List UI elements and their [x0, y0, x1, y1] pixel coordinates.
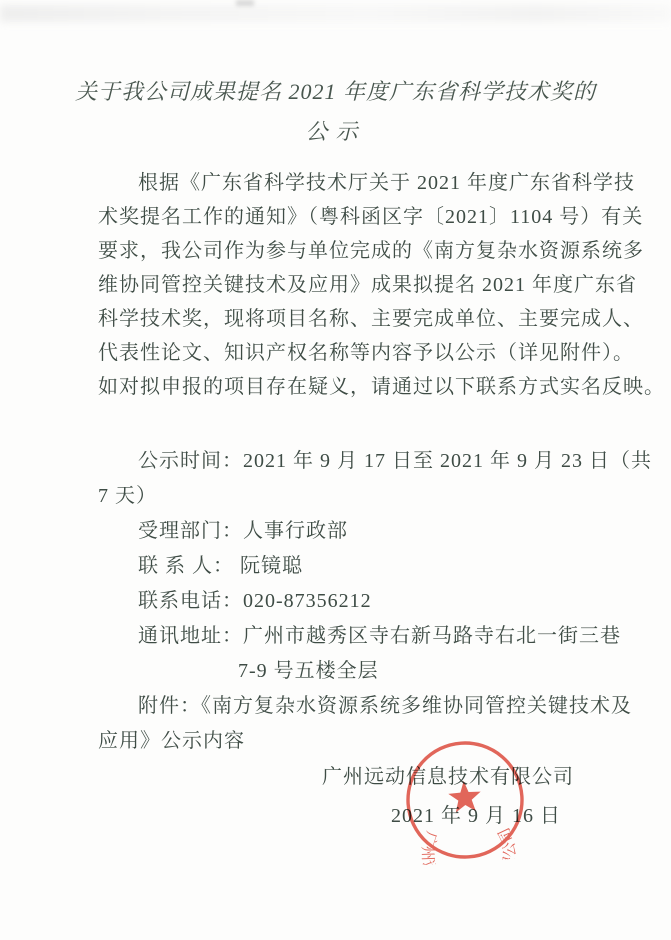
doc-line: 7 天）: [98, 479, 582, 514]
seal-star-icon: [448, 780, 482, 813]
scan-artifact-band: [0, 5, 671, 22]
scan-artifact-mark: [236, 0, 254, 6]
seal-graphic: 广州远动信息技术有限公司: [399, 734, 531, 866]
doc-line: 联系电话：020-87356212: [98, 584, 582, 619]
doc-line: 附件：《南方复杂水资源系统多维协同管控关键技术及: [98, 689, 582, 724]
title-line-2: 公示: [0, 112, 671, 152]
seal-arc-text: 广州远动信息技术有限公司: [417, 823, 523, 867]
doc-line: 如对拟申报的项目存在疑义，请通过以下联系方式实名反映。: [98, 370, 582, 404]
title-line-1: 关于我公司成果提名 2021 年度广东省科学技术奖的: [0, 72, 671, 112]
doc-line: 联 系 人： 阮镜聪: [98, 549, 582, 584]
doc-line: 根据《广东省科学技术厅关于 2021 年度广东省科学技: [98, 166, 582, 200]
contact-info-section: 公示时间：2021 年 9 月 17 日至 2021 年 9 月 23 日（共7…: [98, 444, 582, 759]
body-paragraph: 根据《广东省科学技术厅关于 2021 年度广东省科学技术奖提名工作的通知》（粤科…: [98, 166, 582, 404]
doc-line: 科学技术奖，现将项目名称、主要完成单位、主要完成人、: [98, 302, 582, 336]
doc-line: 术奖提名工作的通知》（粤科函区字〔2021〕1104 号）有关: [98, 200, 582, 234]
doc-line: 通讯地址：广州市越秀区寺右新马路寺右北一街三巷: [98, 619, 582, 654]
company-seal-stamp: 广州远动信息技术有限公司: [399, 734, 531, 866]
scanned-document-page: 关于我公司成果提名 2021 年度广东省科学技术奖的 公示 根据《广东省科学技术…: [0, 0, 671, 940]
doc-line: 代表性论文、知识产权名称等内容予以公示（详见附件）。: [98, 336, 582, 370]
doc-line: 公示时间：2021 年 9 月 17 日至 2021 年 9 月 23 日（共: [98, 444, 582, 479]
doc-line: 7-9 号五楼全层: [98, 654, 582, 689]
doc-line: 要求，我公司作为参与单位完成的《南方复杂水资源系统多: [98, 234, 582, 268]
doc-line: 维协同管控关键技术及应用》成果拟提名 2021 年度广东省: [98, 268, 582, 302]
document-title: 关于我公司成果提名 2021 年度广东省科学技术奖的 公示: [0, 72, 671, 152]
doc-line: 受理部门：人事行政部: [98, 514, 582, 549]
